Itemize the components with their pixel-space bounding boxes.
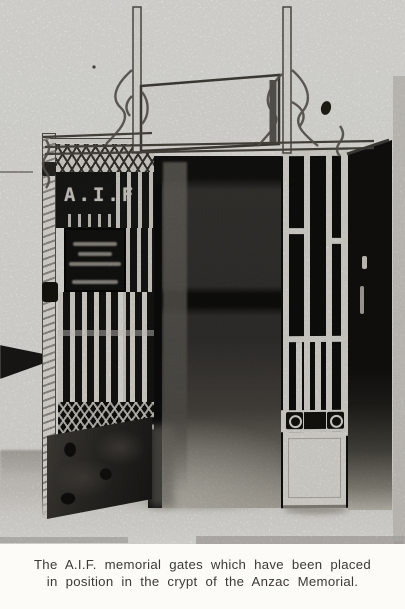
left-gate-side-bars (126, 228, 154, 292)
caption-line-1: The A.I.F. memorial gates which have bee… (0, 557, 405, 572)
hinge-icon (42, 282, 58, 302)
left-gate-mid-rail (58, 330, 154, 336)
panel-inset-line (288, 438, 341, 498)
left-gate-head-ticks (68, 214, 114, 227)
hinge-icon (42, 162, 56, 176)
caption-line-2: in position in the crypt of the Anzac Me… (0, 574, 405, 589)
ring-ornament-icon (330, 415, 343, 428)
plaque-text-line (73, 242, 117, 246)
circle-cell (327, 412, 344, 429)
left-gate-top-rail (50, 138, 154, 143)
dark-blemish (319, 100, 332, 116)
hinge-detail (360, 286, 364, 314)
center-block (304, 412, 326, 429)
plaque-text-line (78, 252, 112, 256)
newspaper-clipping: A.I.F (0, 0, 405, 609)
left-gate-lattice-top (56, 144, 154, 172)
ring-ornament-icon (289, 415, 302, 428)
plaque-text-line (69, 262, 121, 266)
photo: A.I.F (0, 0, 405, 544)
plaque-text-line (72, 280, 118, 284)
left-gate-head-panel: A.I.F (56, 172, 154, 228)
right-gate-muntin (296, 342, 302, 412)
memorial-plaque (64, 228, 126, 292)
caption: The A.I.F. memorial gates which have bee… (0, 544, 405, 609)
right-gate (281, 150, 348, 508)
scan-margin-strip (393, 76, 405, 540)
foreground-rail-wedge (0, 343, 46, 379)
right-gate-stile (341, 154, 348, 436)
speck (92, 65, 95, 68)
latch-detail (362, 256, 367, 269)
right-gate-divider (332, 238, 341, 244)
right-gate-lower-panel (283, 432, 346, 508)
right-gate-muntin (315, 342, 321, 412)
transom-panel (141, 75, 279, 151)
left-gate-vertical-bars (58, 292, 154, 412)
right-gate-muntin (283, 154, 289, 436)
right-gate-muntin (304, 154, 310, 436)
right-gate-muntin (326, 154, 332, 436)
circle-cell (286, 412, 303, 429)
right-gate-top-rail (281, 150, 348, 156)
bright-bar (118, 292, 126, 412)
kick-panel-shadow (150, 425, 174, 507)
background-wall-line (0, 171, 33, 173)
right-gate-circle-band (281, 410, 348, 432)
right-gate-divider (289, 228, 304, 234)
photo-bottom-edge (196, 536, 405, 544)
right-post (283, 7, 291, 153)
left-gate-head-bars (116, 172, 154, 228)
right-wall-shadow (348, 138, 392, 510)
photo-bottom-edge (0, 537, 128, 543)
